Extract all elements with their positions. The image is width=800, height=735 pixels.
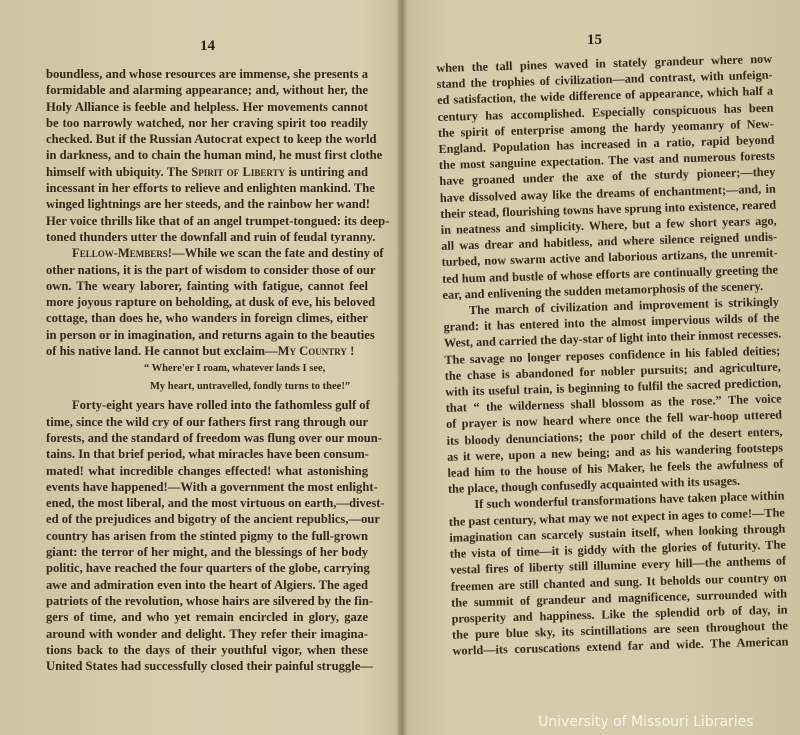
text-line: Forty-eight years have rolled into the f… — [46, 397, 368, 413]
text-line: mated! what incredible changes effected!… — [46, 463, 368, 479]
paragraph: If such wonderful transformations have t… — [448, 488, 788, 659]
text-line: awe and admiration even into the heart o… — [46, 577, 368, 593]
paragraph: Fellow-Members!—While we scan the fate a… — [46, 245, 368, 359]
verse-line: “ Where'er I roam, whatever lands I see, — [46, 361, 368, 376]
text-run: of his native land. He cannot but exclai… — [46, 344, 278, 358]
text-line: own. The weary laborer, fainting with fa… — [46, 278, 368, 294]
text-run: is untiring and — [285, 165, 368, 179]
page-text: boundless, and whose resources are immen… — [46, 66, 368, 674]
text-line: formidable and alarming appearance; and,… — [46, 82, 368, 98]
text-line: winged lightnings are her steeds, and th… — [46, 196, 368, 212]
text-line: incessant in her efforts to relieve and … — [46, 180, 368, 196]
text-run: ! — [347, 344, 354, 358]
text-line: Her voice thrills like that of an angel … — [46, 213, 368, 229]
text-line: forests, and the standard of freedom was… — [46, 430, 368, 446]
verse-line: My heart, untravelled, fondly turns to t… — [46, 379, 368, 394]
text-line: Holy Alliance is feeble and helpless. He… — [46, 99, 368, 115]
text-line: United States had successfully closed th… — [46, 658, 368, 674]
page-text: when the tall pines waved in stately gra… — [436, 51, 789, 660]
text-line: in person or in imagination, and returns… — [46, 327, 368, 343]
text-line: gers of time, and who yet remain encircl… — [46, 609, 368, 625]
text-line: cottage, than does he, who wanders in fo… — [46, 310, 368, 326]
text-line: of his native land. He cannot but exclai… — [46, 343, 368, 359]
small-caps-phrase: Fellow-Members — [72, 246, 168, 260]
right-page: 15 when the tall pines waved in stately … — [404, 0, 800, 735]
text-line: be too narrowly watched, nor her craving… — [46, 115, 368, 131]
text-line: events have happened!—With a government … — [46, 479, 368, 495]
text-line: politic, have reached the four quarters … — [46, 560, 368, 576]
text-line: other nations, it is the part of wisdom … — [46, 262, 368, 278]
verse-quote: “ Where'er I roam, whatever lands I see,… — [46, 361, 368, 394]
library-watermark: University of Missouri Libraries — [538, 714, 754, 730]
text-line: in darkness, and to chain the human mind… — [46, 147, 368, 163]
page-number: 15 — [587, 32, 602, 49]
text-line: ened, the most liberal, and the most vir… — [46, 495, 368, 511]
paragraph: when the tall pines waved in stately gra… — [436, 51, 779, 303]
text-line: around with wonder and delight. They ref… — [46, 626, 368, 642]
text-line: giant: the terror of her might, and the … — [46, 544, 368, 560]
text-line: country has arisen from the stinted pigm… — [46, 528, 368, 544]
paragraph: boundless, and whose resources are immen… — [46, 66, 368, 245]
text-line: patriots of the revolution, whose hairs … — [46, 593, 368, 609]
text-line: himself with ubiquity. The Spirit of Lib… — [46, 164, 368, 180]
text-line: ed of the prejudices and bigotry of the … — [46, 511, 368, 527]
text-line: time, since the wild cry of our fathers … — [46, 414, 368, 430]
text-line: tains. In that brief period, what miracl… — [46, 446, 368, 462]
text-line: tions back to the days of their youthful… — [46, 642, 368, 658]
text-run: himself with ubiquity. The — [46, 165, 191, 179]
book-spread: 14 boundless, and whose resources are im… — [0, 0, 800, 735]
small-caps-phrase: Spirit of Liberty — [191, 165, 285, 179]
left-page: 14 boundless, and whose resources are im… — [0, 0, 402, 735]
page-number: 14 — [200, 38, 215, 55]
text-line: toned thunders utter the downfall and ru… — [46, 229, 368, 245]
text-line: more joyous rapture on beholding, at dus… — [46, 294, 368, 310]
text-run: !—While we scan the fate and destiny of — [168, 246, 384, 260]
text-line: checked. But if the Russian Autocrat exp… — [46, 131, 368, 147]
small-caps-phrase: My Country — [278, 344, 347, 358]
text-line: Fellow-Members!—While we scan the fate a… — [46, 245, 368, 261]
paragraph: The march of civilization and improvemen… — [443, 294, 784, 498]
text-line: boundless, and whose resources are immen… — [46, 66, 368, 82]
paragraph: Forty-eight years have rolled into the f… — [46, 397, 368, 674]
